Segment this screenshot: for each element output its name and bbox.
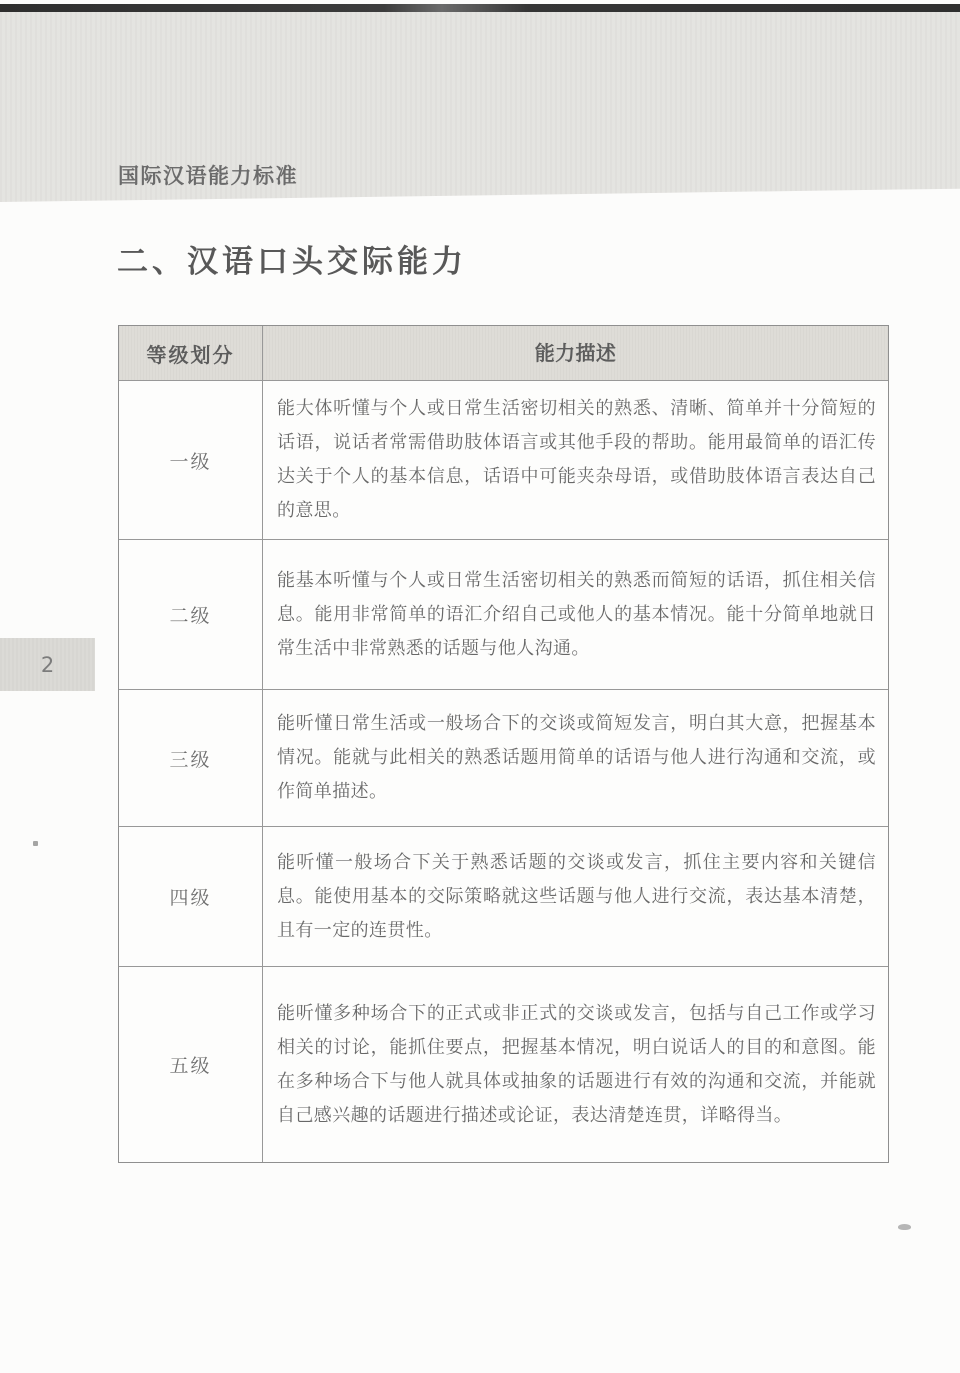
- scan-edge-line: [0, 4, 960, 12]
- table-row: 五级 能听懂多种场合下的正式或非正式的交谈或发言，包括与自己工作或学习相关的讨论…: [119, 966, 888, 1162]
- table-row: 一级 能大体听懂与个人或日常生活密切相关的熟悉、清晰、简单并十分简短的话语，说话…: [119, 380, 888, 539]
- page-number-tab: 2: [0, 638, 95, 691]
- level-description: 能听懂日常生活或一般场合下的交谈或简短发言，明白其大意，把握基本情况。能就与此相…: [263, 690, 888, 826]
- table-row: 四级 能听懂一般场合下关于熟悉话题的交谈或发言，抓住主要内容和关键信息。能使用基…: [119, 826, 888, 966]
- running-header: 国际汉语能力标准: [118, 160, 298, 190]
- level-label: 一级: [119, 381, 263, 539]
- level-label: 四级: [119, 827, 263, 966]
- level-description: 能听懂一般场合下关于熟悉话题的交谈或发言，抓住主要内容和关键信息。能使用基本的交…: [263, 827, 888, 966]
- section-title: 二、汉语口头交际能力: [117, 236, 467, 281]
- level-label: 三级: [119, 690, 263, 826]
- proficiency-table: 等级划分 能力描述 一级 能大体听懂与个人或日常生活密切相关的熟悉、清晰、简单并…: [118, 325, 889, 1163]
- page-number: 2: [41, 653, 54, 677]
- scan-smudge-artifact: [898, 1224, 911, 1230]
- table-header-level: 等级划分: [119, 326, 263, 380]
- level-label: 二级: [119, 540, 263, 689]
- table-header-description: 能力描述: [263, 326, 888, 380]
- level-description: 能听懂多种场合下的正式或非正式的交谈或发言，包括与自己工作或学习相关的讨论，能抓…: [263, 967, 888, 1162]
- table-row: 二级 能基本听懂与个人或日常生活密切相关的熟悉而简短的话语，抓住相关信息。能用非…: [119, 539, 888, 689]
- scan-speck-artifact: [33, 841, 38, 846]
- level-label: 五级: [119, 967, 263, 1162]
- table-row: 三级 能听懂日常生活或一般场合下的交谈或简短发言，明白其大意，把握基本情况。能就…: [119, 689, 888, 826]
- table-header-row: 等级划分 能力描述: [119, 326, 888, 380]
- level-description: 能基本听懂与个人或日常生活密切相关的熟悉而简短的话语，抓住相关信息。能用非常简单…: [263, 540, 888, 689]
- level-description: 能大体听懂与个人或日常生活密切相关的熟悉、清晰、简单并十分简短的话语，说话者常需…: [263, 381, 888, 539]
- scanned-document-page: 国际汉语能力标准 二、汉语口头交际能力 等级划分 能力描述 一级 能大体听懂与个…: [0, 0, 960, 1373]
